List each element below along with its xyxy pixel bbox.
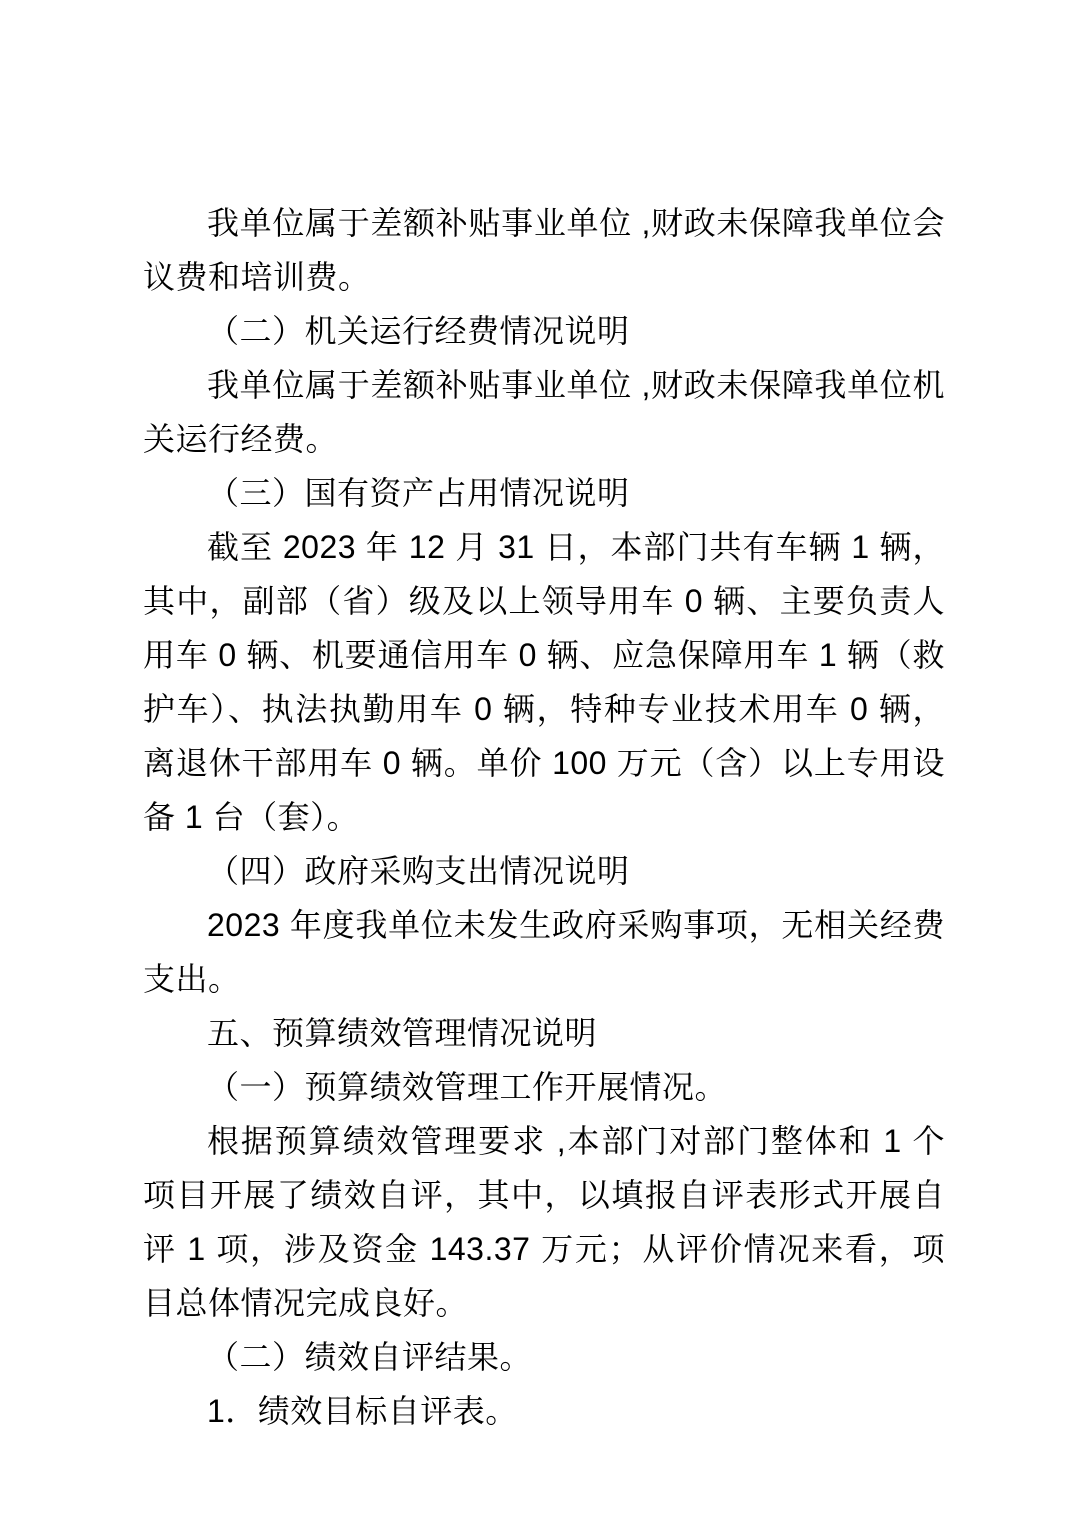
- paragraph-agency-operating-funds-note: 我单位属于差额补贴事业单位 ,财政未保障我单位机关运行经费。: [143, 358, 945, 466]
- document-page: 我单位属于差额补贴事业单位 ,财政未保障我单位会议费和培训费。 （二）机关运行经…: [0, 0, 1075, 1521]
- heading-subsection-1-performance-work: （一）预算绩效管理工作开展情况。: [143, 1060, 945, 1114]
- heading-subsection-4-government-procurement: （四）政府采购支出情况说明: [143, 844, 945, 898]
- paragraph-state-assets-vehicles-detail: 截至 2023 年 12 月 31 日，本部门共有车辆 1 辆，其中，副部（省）…: [143, 520, 945, 844]
- heading-subsection-3-state-assets: （三）国有资产占用情况说明: [143, 466, 945, 520]
- document-body: 我单位属于差额补贴事业单位 ,财政未保障我单位会议费和培训费。 （二）机关运行经…: [143, 196, 945, 1438]
- paragraph-performance-self-evaluation-detail: 根据预算绩效管理要求 ,本部门对部门整体和 1 个项目开展了绩效自评，其中，以填…: [143, 1114, 945, 1330]
- heading-subsection-2-self-evaluation-results: （二）绩效自评结果。: [143, 1330, 945, 1384]
- paragraph-meeting-training-fee-note: 我单位属于差额补贴事业单位 ,财政未保障我单位会议费和培训费。: [143, 196, 945, 304]
- paragraph-government-procurement-note: 2023 年度我单位未发生政府采购事项，无相关经费支出。: [143, 898, 945, 1006]
- paragraph-performance-target-table-label: 1．绩效目标自评表。: [143, 1384, 945, 1438]
- heading-subsection-2-agency-operating-funds: （二）机关运行经费情况说明: [143, 304, 945, 358]
- heading-section-5-budget-performance: 五、预算绩效管理情况说明: [143, 1006, 945, 1060]
